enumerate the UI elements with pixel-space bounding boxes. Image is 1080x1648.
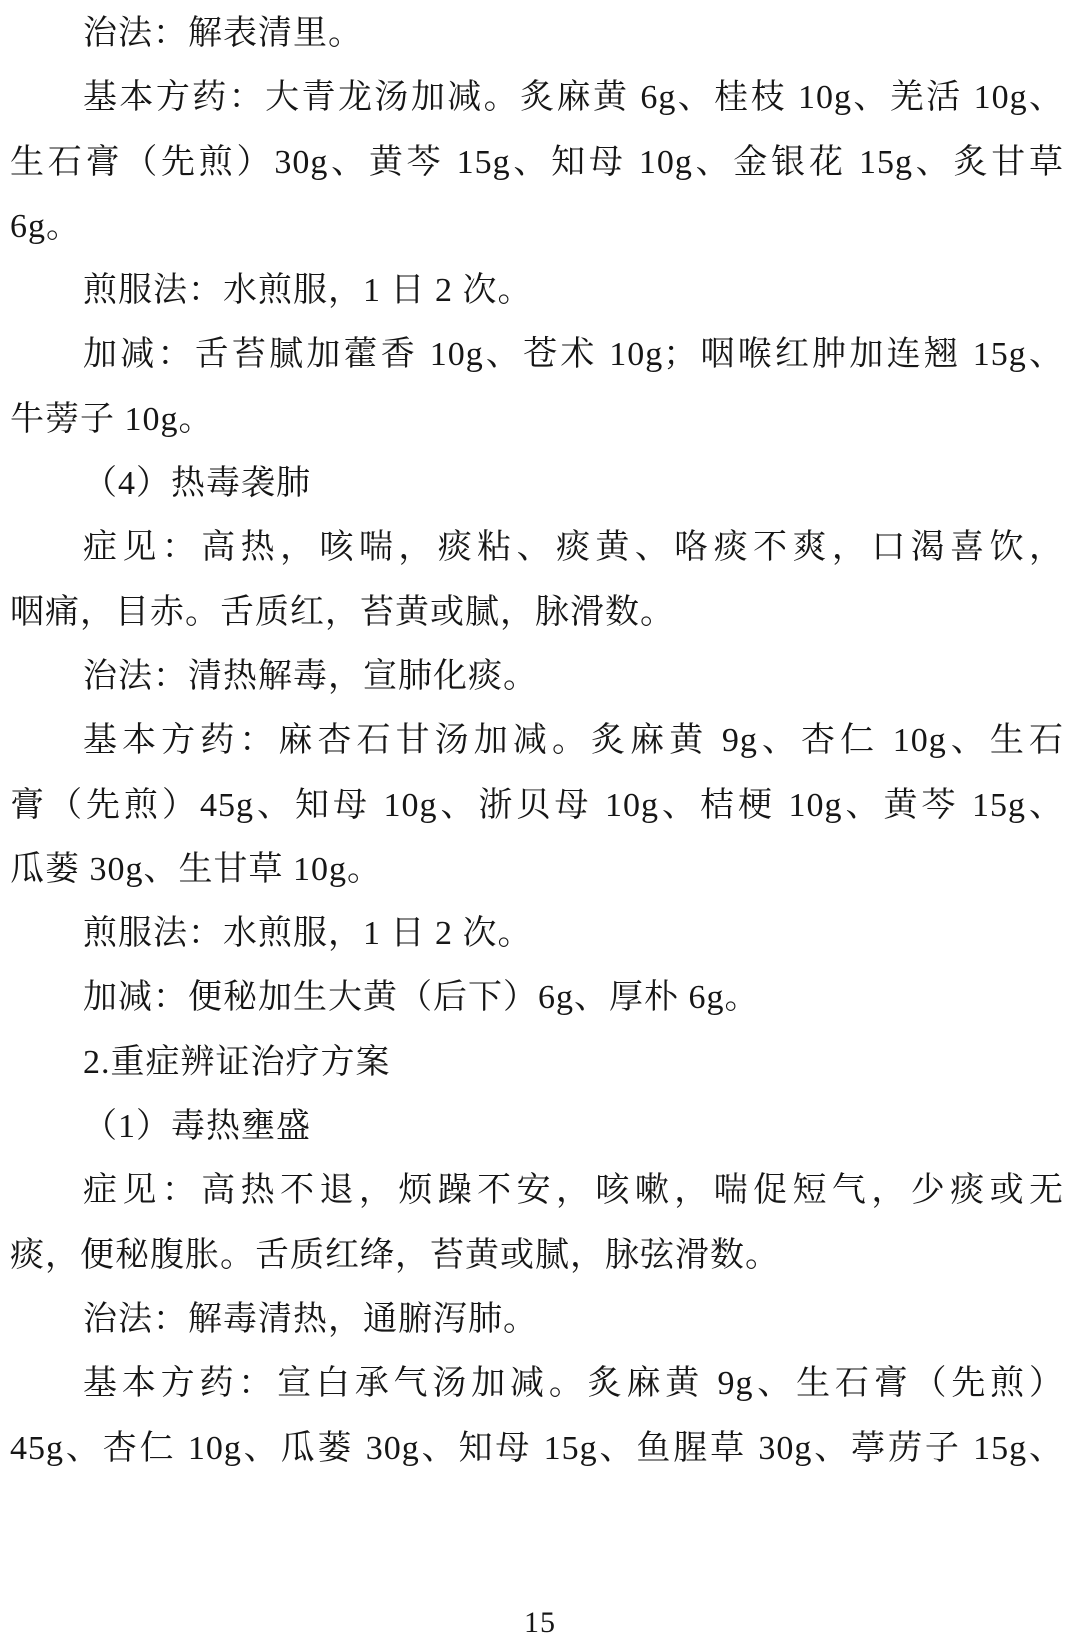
text-line: 膏（先煎）45g、知母 10g、浙贝母 10g、桔梗 10g、黄芩 15g、 [10, 774, 1064, 838]
text-line: 治法：清热解毒，宣肺化痰。 [10, 645, 1064, 709]
text-line: 加减：舌苔腻加藿香 10g、苍术 10g；咽喉红肿加连翘 15g、 [10, 323, 1064, 387]
text-line: 瓜蒌 30g、生甘草 10g。 [10, 838, 1064, 902]
text-line: 基本方药：宣白承气汤加减。炙麻黄 9g、生石膏（先煎） [10, 1352, 1064, 1416]
text-line: 症见：高热，咳喘，痰粘、痰黄、咯痰不爽，口渴喜饮， [10, 516, 1064, 580]
text-line: 治法：解毒清热，通腑泻肺。 [10, 1288, 1064, 1352]
text-line: 煎服法：水煎服，1 日 2 次。 [10, 902, 1064, 966]
text-line: 基本方药：大青龙汤加减。炙麻黄 6g、桂枝 10g、羌活 10g、 [10, 66, 1064, 130]
text-line: 牛蒡子 10g。 [10, 388, 1064, 452]
text-line: 生石膏（先煎）30g、黄芩 15g、知母 10g、金银花 15g、炙甘草 [10, 131, 1064, 195]
text-line: 咽痛，目赤。舌质红，苔黄或腻，脉滑数。 [10, 581, 1064, 645]
text-line: 加减：便秘加生大黄（后下）6g、厚朴 6g。 [10, 966, 1064, 1030]
text-line: 症见：高热不退，烦躁不安，咳嗽，喘促短气，少痰或无 [10, 1159, 1064, 1223]
text-line: 基本方药：麻杏石甘汤加减。炙麻黄 9g、杏仁 10g、生石 [10, 709, 1064, 773]
page-number: 15 [0, 1606, 1080, 1640]
text-line: （4）热毒袭肺 [10, 452, 1064, 516]
document-page: 治法：解表清里。基本方药：大青龙汤加减。炙麻黄 6g、桂枝 10g、羌活 10g… [0, 0, 1080, 1648]
text-line: 45g、杏仁 10g、瓜蒌 30g、知母 15g、鱼腥草 30g、葶苈子 15g… [10, 1417, 1064, 1481]
text-line: 痰，便秘腹胀。舌质红绛，苔黄或腻，脉弦滑数。 [10, 1224, 1064, 1288]
document-content: 治法：解表清里。基本方药：大青龙汤加减。炙麻黄 6g、桂枝 10g、羌活 10g… [10, 2, 1064, 1481]
text-line: 6g。 [10, 195, 1064, 259]
text-line: （1）毒热壅盛 [10, 1095, 1064, 1159]
text-line: 2.重症辨证治疗方案 [10, 1031, 1064, 1095]
text-line: 煎服法：水煎服，1 日 2 次。 [10, 259, 1064, 323]
text-line: 治法：解表清里。 [10, 2, 1064, 66]
